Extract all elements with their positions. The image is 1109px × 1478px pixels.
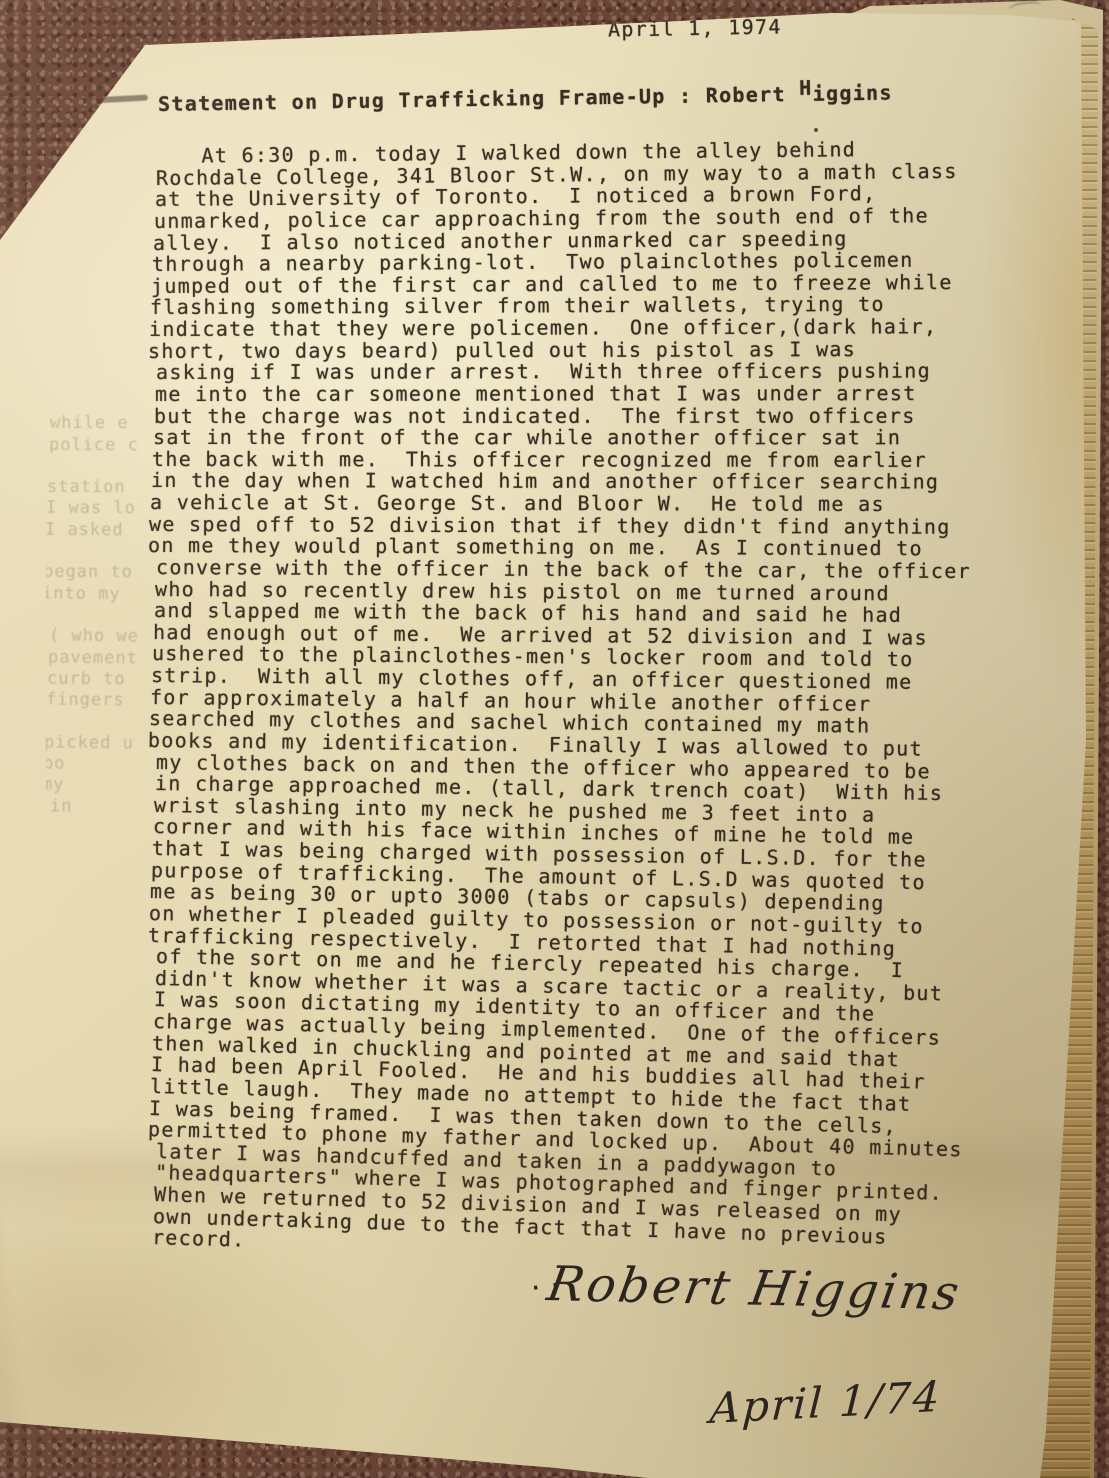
ghost-line: began to — [46, 562, 147, 584]
ghost-line: I asked — [46, 520, 149, 542]
body-line: but the charge was not indicated. The fi… — [154, 405, 969, 427]
ghost-line: pavement — [48, 647, 150, 669]
photo-of-typed-statement: while epolice c stationI was loI asked b… — [0, 0, 1109, 1478]
paper-sheet: while epolice c stationI was loI asked b… — [0, 0, 1109, 1478]
ghost-line — [46, 541, 148, 563]
ghost-line: police c — [49, 435, 150, 456]
stray-typed-dot — [814, 128, 818, 132]
document-body: At 6:30 p.m. today I walked down the all… — [152, 146, 967, 1249]
ghost-line: into my — [46, 583, 146, 605]
document-title: Statement on Drug Trafficking Frame-Up :… — [158, 80, 893, 116]
ghost-line: picked u — [46, 732, 148, 755]
title-text: Statement on Drug Trafficking Frame-Up :… — [158, 82, 800, 116]
pencil-mark — [92, 95, 148, 104]
ghost-line — [48, 456, 150, 478]
date-line: April 1, 1974 — [608, 14, 782, 41]
ghost-line — [50, 605, 150, 627]
body-line: me into the car someone mentioned that I… — [155, 383, 970, 406]
body-line: sat in the front of the car while anothe… — [153, 427, 968, 449]
title-name-rest: iggins — [812, 80, 893, 105]
ghost-bleed-column: while epolice c stationI was loI asked b… — [46, 392, 150, 818]
ghost-line — [46, 711, 149, 733]
ghost-line — [46, 392, 146, 413]
ghost-line: station — [47, 477, 150, 499]
ghost-line: curb to — [47, 668, 150, 690]
ghost-line: fingers — [46, 690, 150, 712]
ghost-line: I was lo — [46, 498, 150, 520]
ghost-line: ( who we — [49, 626, 150, 648]
ghost-line: my — [46, 775, 146, 798]
ghost-line: bo — [46, 753, 147, 776]
raised-initial: H — [799, 76, 813, 100]
signature-date-handwritten: April 1/74 — [709, 1372, 943, 1433]
ghost-line: in — [50, 796, 150, 818]
signature-handwritten: Robert Higgins — [543, 1256, 965, 1321]
ghost-line: while e — [50, 413, 150, 434]
